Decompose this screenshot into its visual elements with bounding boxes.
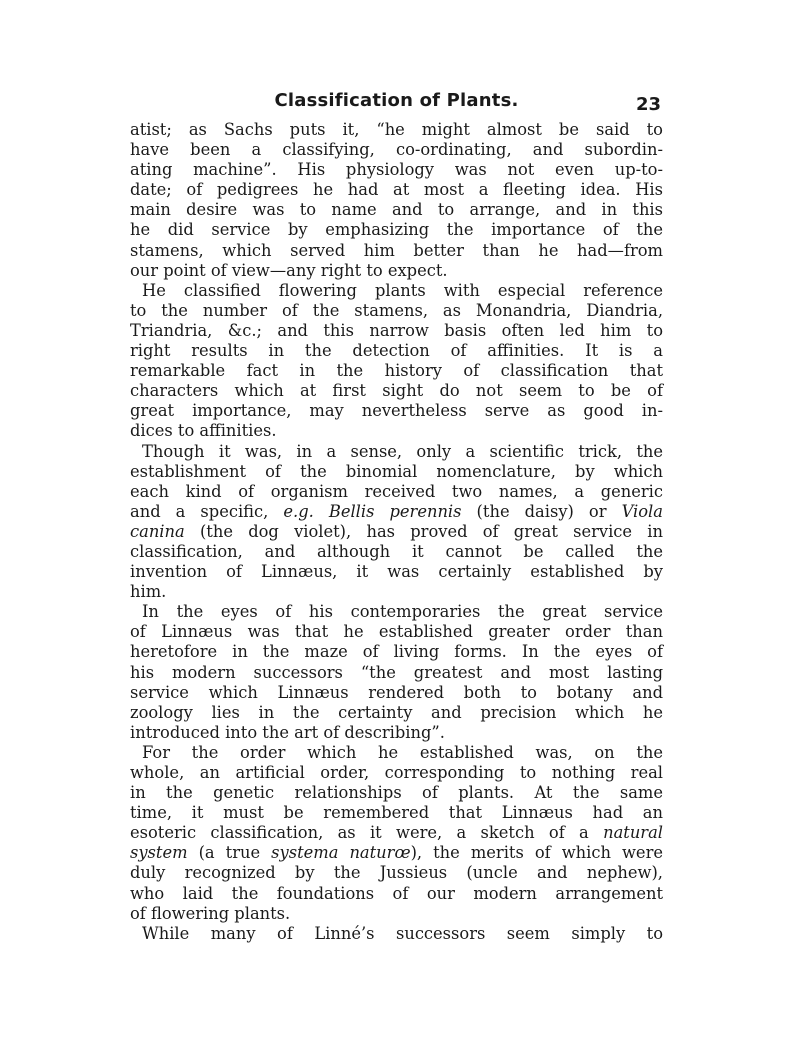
text-line: each kind of organism received two names… bbox=[130, 482, 663, 502]
text-line: classification, and although it cannot b… bbox=[130, 542, 663, 562]
text-line: In the eyes of his contemporaries the gr… bbox=[130, 602, 663, 622]
text-line: great importance, may nevertheless serve… bbox=[130, 401, 663, 421]
text-line: system (a true systema naturœ), the meri… bbox=[130, 843, 663, 863]
text-line: atist; as Sachs puts it, “he might almos… bbox=[130, 120, 663, 140]
text-line: of Linnæus was that he established great… bbox=[130, 622, 663, 642]
text-line: introduced into the art of describing”. bbox=[130, 723, 663, 743]
italic-text: e.g. Bellis perennis bbox=[283, 502, 461, 521]
text-line: whole, an artificial order, correspondin… bbox=[130, 763, 663, 783]
text-line: him. bbox=[130, 582, 663, 602]
text-line: to the number of the stamens, as Monandr… bbox=[130, 301, 663, 321]
text-line: who laid the foundations of our modern a… bbox=[130, 884, 663, 904]
text-line: characters which at first sight do not s… bbox=[130, 381, 663, 401]
text-line: date; of pedigrees he had at most a flee… bbox=[130, 180, 663, 200]
italic-text: systema naturœ bbox=[271, 843, 410, 862]
text-line: main desire was to name and to arrange, … bbox=[130, 200, 663, 220]
text-line: ating machine”. His physiology was not e… bbox=[130, 160, 663, 180]
paragraph: atist; as Sachs puts it, “he might almos… bbox=[130, 120, 663, 281]
text-line: remarkable fact in the history of classi… bbox=[130, 361, 663, 381]
text-line: heretofore in the maze of living forms. … bbox=[130, 642, 663, 662]
text-line: have been a classifying, co-ordinating, … bbox=[130, 140, 663, 160]
text-line: invention of Linnæus, it was certainly e… bbox=[130, 562, 663, 582]
italic-text: canina bbox=[130, 522, 185, 541]
page-number: 23 bbox=[636, 94, 661, 115]
text-line: establishment of the binomial nomenclatu… bbox=[130, 462, 663, 482]
paragraph: He classified flowering plants with espe… bbox=[130, 281, 663, 442]
italic-text: system bbox=[130, 843, 188, 862]
text-line: Triandria, &c.; and this narrow basis of… bbox=[130, 321, 663, 341]
text-line: right results in the detection of affini… bbox=[130, 341, 663, 361]
text-line: For the order which he established was, … bbox=[130, 743, 663, 763]
text-line: of flowering plants. bbox=[130, 904, 663, 924]
text-line: esoteric classification, as it were, a s… bbox=[130, 823, 663, 843]
text-line: service which Linnæus rendered both to b… bbox=[130, 683, 663, 703]
book-page: Classification of Plants. 23 atist; as S… bbox=[130, 84, 663, 944]
text-line: his modern successors “the greatest and … bbox=[130, 663, 663, 683]
text-line: Though it was, in a sense, only a scient… bbox=[130, 442, 663, 462]
text-line: stamens, which served him better than he… bbox=[130, 241, 663, 261]
page-title: Classification of Plants. bbox=[130, 90, 663, 111]
text-line: our point of view—any right to expect. bbox=[130, 261, 663, 281]
text-line: and a specific, e.g. Bellis perennis (th… bbox=[130, 502, 663, 522]
italic-text: natural bbox=[603, 823, 663, 842]
italic-text: Viola bbox=[622, 502, 663, 521]
text-line: While many of Linné’s successors seem si… bbox=[130, 924, 663, 944]
paragraph: While many of Linné’s successors seem si… bbox=[130, 924, 663, 944]
running-head: Classification of Plants. 23 bbox=[130, 84, 663, 120]
paragraph: In the eyes of his contemporaries the gr… bbox=[130, 602, 663, 743]
text-line: in the genetic relationships of plants. … bbox=[130, 783, 663, 803]
text-line: time, it must be remembered that Linnæus… bbox=[130, 803, 663, 823]
paragraph: For the order which he established was, … bbox=[130, 743, 663, 924]
text-line: zoology lies in the certainty and precis… bbox=[130, 703, 663, 723]
body-text: atist; as Sachs puts it, “he might almos… bbox=[130, 120, 663, 944]
text-line: dices to affinities. bbox=[130, 421, 663, 441]
text-line: He classified flowering plants with espe… bbox=[130, 281, 663, 301]
text-line: duly recognized by the Jussieus (uncle a… bbox=[130, 863, 663, 883]
text-line: canina (the dog violet), has proved of g… bbox=[130, 522, 663, 542]
paragraph: Though it was, in a sense, only a scient… bbox=[130, 442, 663, 603]
text-line: he did service by emphasizing the import… bbox=[130, 220, 663, 240]
